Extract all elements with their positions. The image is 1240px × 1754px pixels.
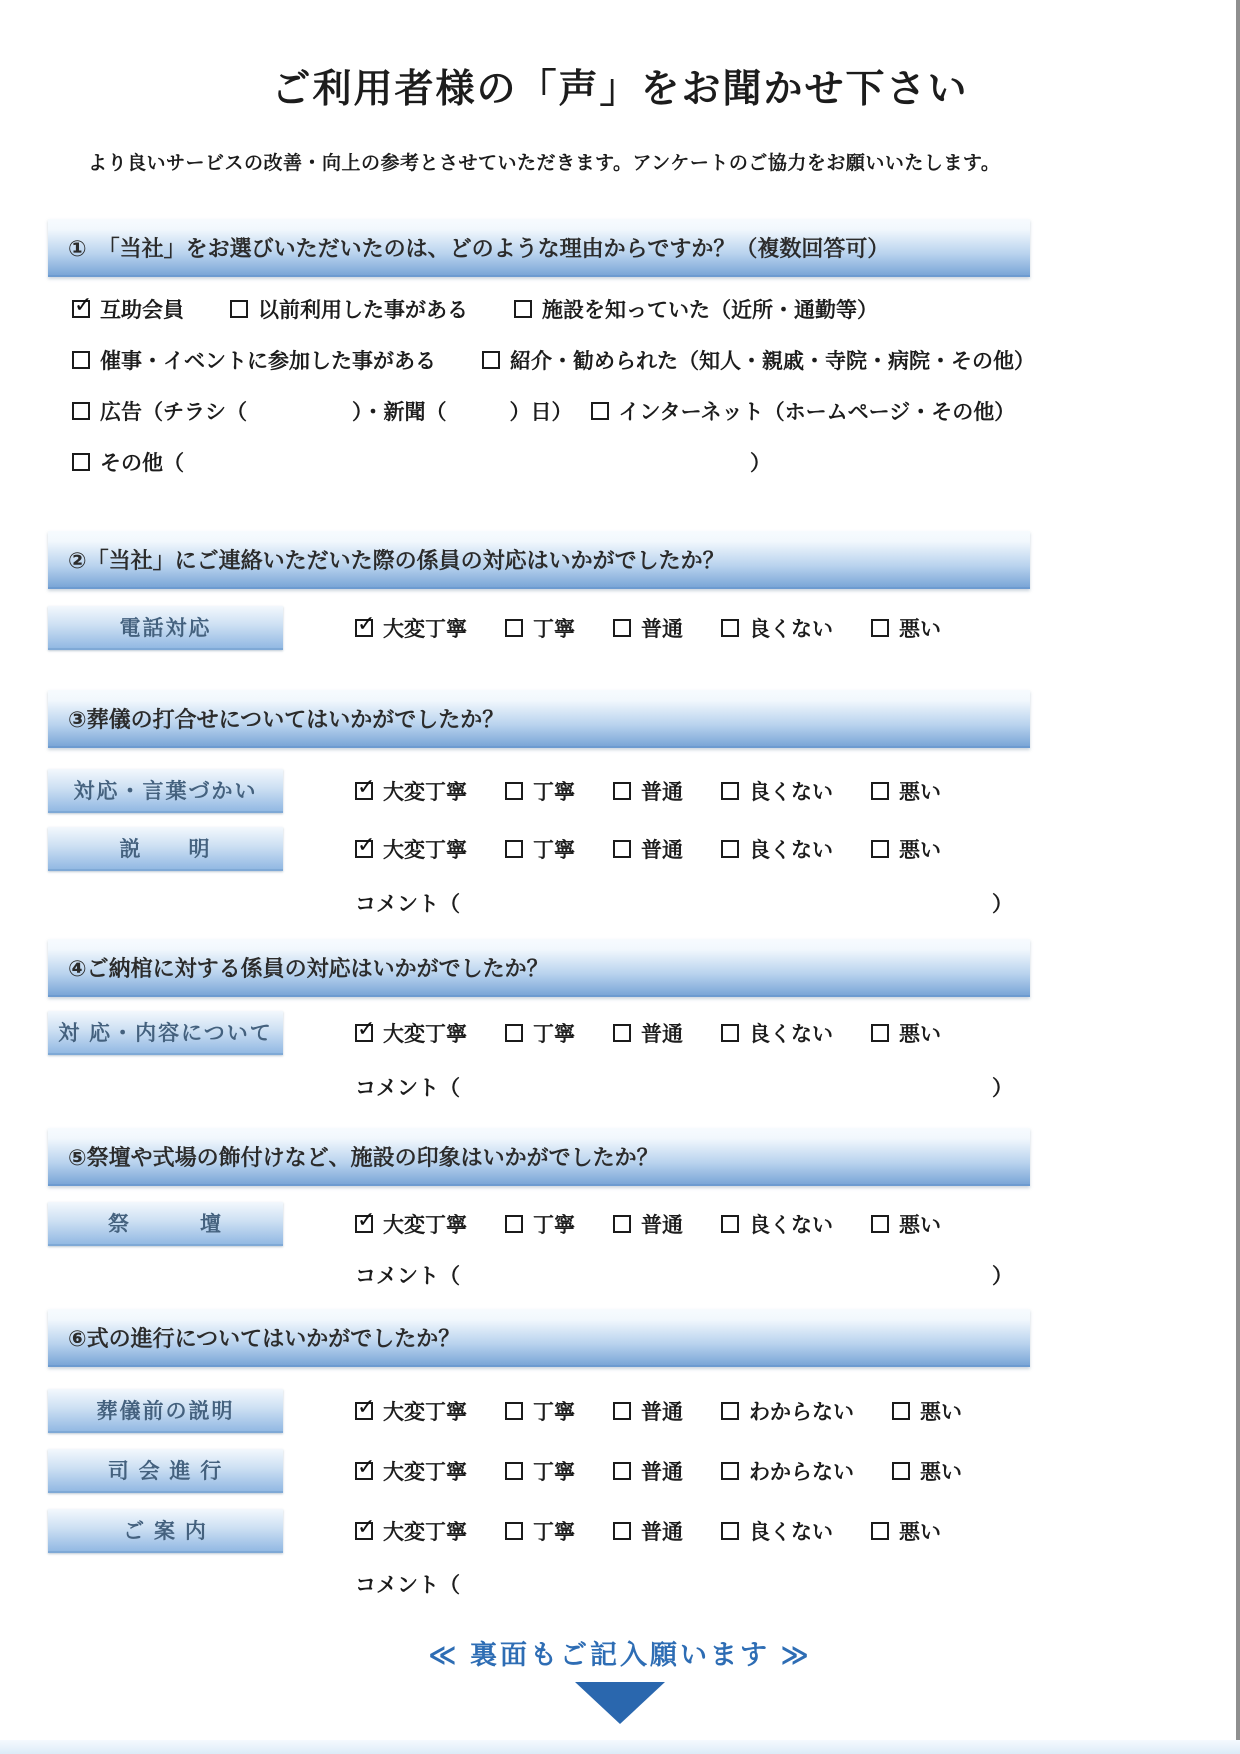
- option-label: 悪い: [899, 776, 941, 806]
- checkbox-option[interactable]: 以前利用した事がある: [230, 294, 468, 324]
- section-2-header: ②「当社」にご連絡いただいた際の係員の対応はいかがでしたか？: [48, 531, 1030, 589]
- checkbox-icon[interactable]: [355, 619, 373, 637]
- rating-option[interactable]: 悪い: [892, 1396, 962, 1426]
- rating-options: 大変丁寧 丁寧 普通 わからない 悪い: [355, 1456, 962, 1486]
- option-label: 悪い: [920, 1456, 962, 1486]
- checkbox-icon[interactable]: [355, 1522, 373, 1540]
- option-label: 大変丁寧: [383, 834, 467, 864]
- comment-input-area[interactable]: [460, 1078, 992, 1102]
- rating-row: 対 応・内容について 大変丁寧 丁寧 普通 良くない: [48, 1011, 1192, 1055]
- survey-page: ご利用者様の「声」をお聞かせ下さい より良いサービスの改善・向上の参考とさせてい…: [0, 0, 1240, 1754]
- rating-options: 大変丁寧 丁寧 普通 良くない 悪い: [355, 613, 941, 643]
- rating-row: 祭 壇 大変丁寧 丁寧 普通 良くない: [48, 1202, 1192, 1246]
- rating-row: 葬儀前の説明 大変丁寧 丁寧 普通 わからない: [48, 1389, 1192, 1433]
- rating-row: 対応・言葉づかい 大変丁寧 丁寧 普通 良くない: [48, 769, 1192, 813]
- rating-option[interactable]: 普通: [613, 1209, 683, 1239]
- rating-option[interactable]: 普通: [613, 613, 683, 643]
- rating-option[interactable]: 普通: [613, 834, 683, 864]
- turn-over-note: ≪ 裏面もご記入願います ≫: [48, 1633, 1192, 1672]
- rating-option[interactable]: 丁寧: [505, 834, 575, 864]
- option-label: わからない: [749, 1396, 854, 1426]
- rating-options: 大変丁寧 丁寧 普通 良くない 悪い: [355, 1516, 941, 1546]
- option-label: 大変丁寧: [383, 1456, 467, 1486]
- checkbox-icon[interactable]: [505, 840, 523, 858]
- rating-option[interactable]: 悪い: [892, 1456, 962, 1486]
- checkbox-icon[interactable]: [871, 840, 889, 858]
- rating-options: 大変丁寧 丁寧 普通 わからない 悪い: [355, 1396, 962, 1426]
- checkbox-icon[interactable]: [721, 1215, 739, 1233]
- rating-option[interactable]: 大変丁寧: [355, 1396, 467, 1426]
- rating-options: 大変丁寧 丁寧 普通 良くない 悪い: [355, 776, 941, 806]
- comment-input-area[interactable]: [460, 894, 992, 918]
- rating-option[interactable]: 悪い: [871, 1018, 941, 1048]
- rating-option[interactable]: 大変丁寧: [355, 1456, 467, 1486]
- option-label: 普通: [641, 1456, 683, 1486]
- checkbox-icon[interactable]: [892, 1402, 910, 1420]
- option-label: 丁寧: [533, 1456, 575, 1486]
- rating-row: ご 案 内 大変丁寧 丁寧 普通 良くない: [48, 1509, 1192, 1553]
- checkbox-icon[interactable]: [482, 351, 500, 369]
- option-label: 催事・イベントに参加した事がある: [100, 345, 436, 375]
- rating-option[interactable]: 丁寧: [505, 776, 575, 806]
- rating-option[interactable]: 悪い: [871, 776, 941, 806]
- rating-row-label: 祭 壇: [48, 1202, 283, 1246]
- section-4-header: ④ご納棺に対する係員の対応はいかがでしたか？: [48, 939, 1030, 997]
- option-label: 良くない: [749, 1018, 833, 1048]
- checkbox-option[interactable]: 催事・イベントに参加した事がある: [72, 345, 436, 375]
- rating-options: 大変丁寧 丁寧 普通 良くない 悪い: [355, 1209, 941, 1239]
- checkbox-icon[interactable]: [871, 619, 889, 637]
- rating-option[interactable]: 大変丁寧: [355, 1018, 467, 1048]
- option-row: その他（ ）: [72, 447, 1192, 477]
- checkbox-icon[interactable]: [355, 782, 373, 800]
- comment-label: コメント（: [355, 1260, 460, 1290]
- option-label: 互助会員: [100, 294, 184, 324]
- checkbox-icon[interactable]: [505, 1402, 523, 1420]
- checkbox-icon[interactable]: [613, 1215, 631, 1233]
- checkbox-option[interactable]: インターネット（ホームページ・その他）: [591, 396, 1016, 426]
- option-label: 普通: [641, 834, 683, 864]
- option-label: 以前利用した事がある: [258, 294, 468, 324]
- rating-option[interactable]: 大変丁寧: [355, 1516, 467, 1546]
- option-label: 丁寧: [533, 776, 575, 806]
- checkbox-icon[interactable]: [355, 1215, 373, 1233]
- comment-line: コメント（: [355, 1569, 1013, 1599]
- form-subtitle: より良いサービスの改善・向上の参考とさせていただきます。アンケートのご協力をお願…: [88, 148, 1192, 175]
- rating-row-label: 司 会 進 行: [48, 1449, 283, 1493]
- checkbox-icon[interactable]: [72, 453, 90, 471]
- option-label: 良くない: [749, 1209, 833, 1239]
- checkbox-option[interactable]: その他（: [72, 447, 184, 477]
- option-label: 大変丁寧: [383, 776, 467, 806]
- option-label: 悪い: [899, 1209, 941, 1239]
- option-label: 悪い: [920, 1396, 962, 1426]
- checkbox-icon[interactable]: [505, 782, 523, 800]
- rating-options: 大変丁寧 丁寧 普通 良くない 悪い: [355, 1018, 941, 1048]
- option-label: 悪い: [899, 1018, 941, 1048]
- checkbox-icon[interactable]: [514, 300, 532, 318]
- option-label: 大変丁寧: [383, 1396, 467, 1426]
- checkbox-icon[interactable]: [505, 1462, 523, 1480]
- checkbox-icon[interactable]: [613, 1462, 631, 1480]
- comment-line: コメント（ ）: [355, 888, 1013, 918]
- checkbox-icon[interactable]: [871, 1215, 889, 1233]
- comment-label: コメント（: [355, 888, 460, 918]
- checkbox-icon[interactable]: [613, 840, 631, 858]
- rating-option[interactable]: 良くない: [721, 613, 833, 643]
- section-3-header: ③葬儀の打合せについてはいかがでしたか？: [48, 690, 1030, 748]
- rating-option[interactable]: 悪い: [871, 613, 941, 643]
- checkbox-icon[interactable]: [72, 300, 90, 318]
- option-label: 普通: [641, 1018, 683, 1048]
- option-label: 大変丁寧: [383, 1516, 467, 1546]
- checkbox-icon[interactable]: [721, 619, 739, 637]
- checkbox-icon[interactable]: [72, 402, 90, 420]
- rating-option[interactable]: 良くない: [721, 1018, 833, 1048]
- rating-options: 大変丁寧 丁寧 普通 良くない 悪い: [355, 834, 941, 864]
- rating-option[interactable]: 丁寧: [505, 1209, 575, 1239]
- rating-option[interactable]: 良くない: [721, 834, 833, 864]
- option-label: 丁寧: [533, 1396, 575, 1426]
- checkbox-icon[interactable]: [505, 1522, 523, 1540]
- rating-row-label: 対 応・内容について: [48, 1011, 283, 1055]
- option-label: 大変丁寧: [383, 1209, 467, 1239]
- rating-option[interactable]: 普通: [613, 776, 683, 806]
- rating-option[interactable]: 悪い: [871, 1209, 941, 1239]
- page-bottom-blue-strip: [0, 1740, 1240, 1754]
- option-label: 良くない: [749, 834, 833, 864]
- checkbox-icon[interactable]: [721, 1522, 739, 1540]
- rating-option[interactable]: 丁寧: [505, 1396, 575, 1426]
- option-label: 良くない: [749, 776, 833, 806]
- checkbox-icon[interactable]: [871, 1024, 889, 1042]
- rating-option[interactable]: 悪い: [871, 834, 941, 864]
- option-label: わからない: [749, 1456, 854, 1486]
- rating-option[interactable]: 大変丁寧: [355, 1209, 467, 1239]
- checkbox-icon[interactable]: [505, 1024, 523, 1042]
- rating-option[interactable]: わからない: [721, 1396, 854, 1426]
- comment-line: コメント（ ）: [355, 1072, 1013, 1102]
- rating-option[interactable]: 普通: [613, 1396, 683, 1426]
- comment-input-area[interactable]: [460, 1266, 992, 1290]
- section-5-header: ⑤祭壇や式場の飾付けなど、施設の印象はいかがでしたか？: [48, 1128, 1030, 1186]
- comment-label: コメント（: [355, 1072, 460, 1102]
- checkbox-icon[interactable]: [355, 1462, 373, 1480]
- option-label: 大変丁寧: [383, 613, 467, 643]
- checkbox-option[interactable]: 紹介・勧められた（知人・親戚・寺院・病院・その他）: [482, 345, 1035, 375]
- close-paren: ）: [992, 1260, 1013, 1290]
- checkbox-icon[interactable]: [721, 1024, 739, 1042]
- option-label: 丁寧: [533, 1018, 575, 1048]
- checkbox-icon[interactable]: [591, 402, 609, 420]
- comment-input-area[interactable]: [460, 1575, 1013, 1599]
- option-label: 普通: [641, 613, 683, 643]
- option-label: 大変丁寧: [383, 1018, 467, 1048]
- rating-option[interactable]: 丁寧: [505, 1018, 575, 1048]
- rating-row: 司 会 進 行 大変丁寧 丁寧 普通 わからない: [48, 1449, 1192, 1493]
- rating-row: 電話対応 大変丁寧 丁寧 普通 良くない: [48, 606, 1192, 650]
- close-paren: ）: [992, 1072, 1013, 1102]
- option-label: 良くない: [749, 613, 833, 643]
- comment-line: コメント（ ）: [355, 1260, 1013, 1290]
- option-label: その他（: [100, 447, 184, 477]
- option-label: 丁寧: [533, 834, 575, 864]
- rating-row-label: 葬儀前の説明: [48, 1389, 283, 1433]
- checkbox-icon[interactable]: [613, 1402, 631, 1420]
- rating-option[interactable]: 良くない: [721, 1209, 833, 1239]
- down-arrow-icon: [575, 1682, 665, 1724]
- checkbox-icon[interactable]: [355, 840, 373, 858]
- close-paren: ）: [992, 888, 1013, 918]
- option-label: 施設を知っていた（近所・通勤等）: [542, 294, 878, 324]
- checkbox-icon[interactable]: [355, 1024, 373, 1042]
- checkbox-icon[interactable]: [505, 619, 523, 637]
- rating-option[interactable]: 普通: [613, 1456, 683, 1486]
- checkbox-icon[interactable]: [721, 782, 739, 800]
- option-label: 普通: [641, 1516, 683, 1546]
- option-label: 悪い: [899, 834, 941, 864]
- rating-option[interactable]: 良くない: [721, 1516, 833, 1546]
- option-label: 丁寧: [533, 1209, 575, 1239]
- close-paren: ）: [750, 447, 771, 477]
- checkbox-icon[interactable]: [871, 782, 889, 800]
- rating-option[interactable]: 丁寧: [505, 1456, 575, 1486]
- rating-row-label: 電話対応: [48, 606, 283, 650]
- rating-option[interactable]: 良くない: [721, 776, 833, 806]
- rating-option[interactable]: 悪い: [871, 1516, 941, 1546]
- checkbox-icon[interactable]: [613, 1522, 631, 1540]
- rating-option[interactable]: 大変丁寧: [355, 834, 467, 864]
- checkbox-icon[interactable]: [613, 782, 631, 800]
- checkbox-icon[interactable]: [505, 1215, 523, 1233]
- rating-option[interactable]: 大変丁寧: [355, 776, 467, 806]
- option-label: 紹介・勧められた（知人・親戚・寺院・病院・その他）: [510, 345, 1035, 375]
- option-label: 丁寧: [533, 1516, 575, 1546]
- rating-row-label: 対応・言葉づかい: [48, 769, 283, 813]
- option-label: 悪い: [899, 613, 941, 643]
- option-label: 普通: [641, 776, 683, 806]
- checkbox-icon[interactable]: [721, 1402, 739, 1420]
- option-row: 広告（チラシ（ ）・新聞（ ）日） インターネット（ホームページ・その他）: [72, 396, 1192, 426]
- checkbox-option[interactable]: 互助会員: [72, 294, 184, 324]
- checkbox-option[interactable]: 広告（チラシ（ ）・新聞（ ）日）: [72, 396, 573, 426]
- option-label: 悪い: [899, 1516, 941, 1546]
- rating-row-label: 説 明: [48, 827, 283, 871]
- section-6-header: ⑥式の進行についてはいかがでしたか？: [48, 1309, 1030, 1367]
- form-title: ご利用者様の「声」をお聞かせ下さい: [48, 0, 1192, 114]
- checkbox-icon[interactable]: [613, 619, 631, 637]
- option-label: 広告（チラシ（ ）・新聞（ ）日）: [100, 396, 573, 426]
- section-1-header: ① 「当社」をお選びいただいたのは、どのような理由からですか？（複数回答可）: [48, 219, 1030, 277]
- option-label: 丁寧: [533, 613, 575, 643]
- rating-option[interactable]: 普通: [613, 1018, 683, 1048]
- rating-option[interactable]: 普通: [613, 1516, 683, 1546]
- option-row: 催事・イベントに参加した事がある 紹介・勧められた（知人・親戚・寺院・病院・その…: [72, 345, 1192, 375]
- rating-option[interactable]: 丁寧: [505, 613, 575, 643]
- rating-row-label: ご 案 内: [48, 1509, 283, 1553]
- checkbox-icon[interactable]: [721, 1462, 739, 1480]
- checkbox-option[interactable]: 施設を知っていた（近所・通勤等）: [514, 294, 878, 324]
- option-label: インターネット（ホームページ・その他）: [619, 396, 1016, 426]
- rating-option[interactable]: 丁寧: [505, 1516, 575, 1546]
- rating-option[interactable]: 大変丁寧: [355, 613, 467, 643]
- option-label: 良くない: [749, 1516, 833, 1546]
- checkbox-icon[interactable]: [355, 1402, 373, 1420]
- checkbox-icon[interactable]: [721, 840, 739, 858]
- checkbox-icon[interactable]: [613, 1024, 631, 1042]
- option-label: 普通: [641, 1209, 683, 1239]
- checkbox-icon[interactable]: [871, 1522, 889, 1540]
- checkbox-icon[interactable]: [892, 1462, 910, 1480]
- section-1-options: 互助会員 以前利用した事がある 施設を知っていた（近所・通勤等） 催事・イベント…: [72, 294, 1192, 477]
- comment-label: コメント（: [355, 1569, 460, 1599]
- option-row: 互助会員 以前利用した事がある 施設を知っていた（近所・通勤等）: [72, 294, 1192, 324]
- checkbox-icon[interactable]: [230, 300, 248, 318]
- option-label: 普通: [641, 1396, 683, 1426]
- checkbox-icon[interactable]: [72, 351, 90, 369]
- rating-option[interactable]: わからない: [721, 1456, 854, 1486]
- rating-row: 説 明 大変丁寧 丁寧 普通 良くない: [48, 827, 1192, 871]
